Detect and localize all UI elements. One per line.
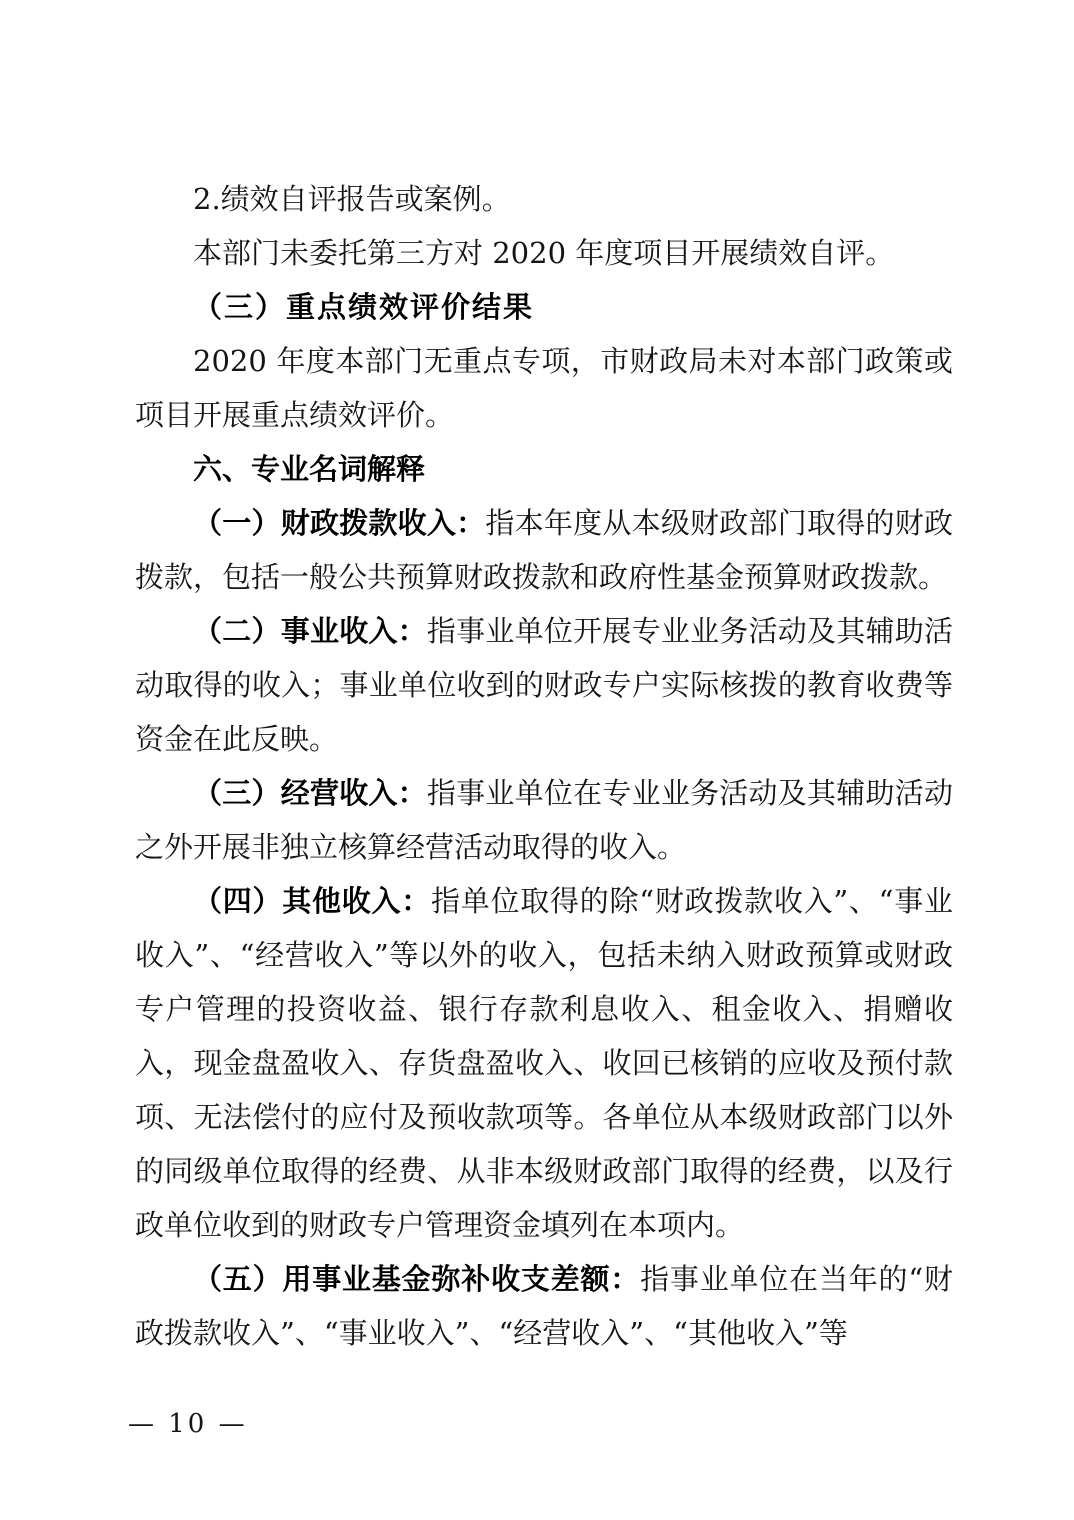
term-label: （五）用事业基金弥补收支差额： bbox=[193, 1262, 640, 1296]
term-definition: （三）经营收入：指事业单位在专业业务活动及其辅助活动之外开展非独立核算经营活动取… bbox=[135, 766, 953, 874]
term-label: （一）财政拨款收入： bbox=[193, 506, 485, 540]
subsection-heading: （三）重点绩效评价结果 bbox=[135, 280, 953, 334]
document-body: 2.绩效自评报告或案例。本部门未委托第三方对 2020 年度项目开展绩效自评。（… bbox=[135, 172, 953, 1360]
document-page: 2.绩效自评报告或案例。本部门未委托第三方对 2020 年度项目开展绩效自评。（… bbox=[0, 0, 1074, 1520]
term-definition: （四）其他收入：指单位取得的除“财政拨款收入”、“事业收入”、“经营收入”等以外… bbox=[135, 874, 953, 1252]
term-label: （四）其他收入： bbox=[193, 884, 431, 918]
term-definition: （二）事业收入：指事业单位开展专业业务活动及其辅助活动取得的收入；事业单位收到的… bbox=[135, 604, 953, 766]
body-paragraph: 本部门未委托第三方对 2020 年度项目开展绩效自评。 bbox=[135, 226, 953, 280]
body-paragraph: 2020 年度本部门无重点专项，市财政局未对本部门政策或项目开展重点绩效评价。 bbox=[135, 334, 953, 442]
page-footer: — 10 — bbox=[128, 1404, 248, 1444]
term-definition: （一）财政拨款收入：指本年度从本级财政部门取得的财政拨款，包括一般公共预算财政拨… bbox=[135, 496, 953, 604]
page-number: — 10 — bbox=[128, 1409, 248, 1439]
section-heading: 六、专业名词解释 bbox=[135, 442, 953, 496]
term-label: （三）经营收入： bbox=[193, 776, 427, 810]
term-label: （二）事业收入： bbox=[193, 614, 427, 648]
term-definition: （五）用事业基金弥补收支差额：指事业单位在当年的“财政拨款收入”、“事业收入”、… bbox=[135, 1252, 953, 1360]
body-paragraph: 2.绩效自评报告或案例。 bbox=[135, 172, 953, 226]
